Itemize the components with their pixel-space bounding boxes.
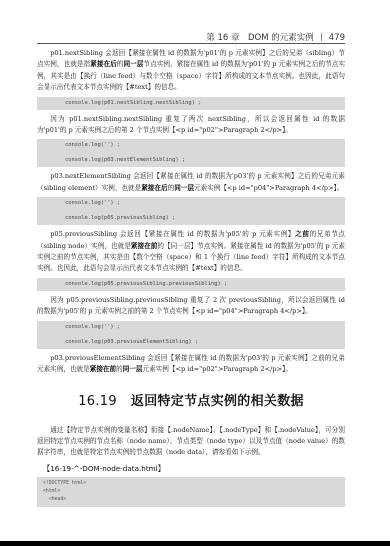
chapter-title: 第 16 章 DOM 的元素实例	[206, 33, 314, 43]
bottom-edge-bar	[0, 541, 390, 546]
emphasis: 紧接在前	[90, 365, 116, 373]
paragraph-previous-previous-sibling: 因为 p05.previousSibling.previousSibling 重…	[37, 295, 345, 318]
paragraph-previous-sibling: p05.previousSibling 会返回【紧接在属性 id 的数据为'p0…	[37, 229, 345, 275]
text: 元素实例【<p id="p04">Paragraph 4</p>】。	[194, 184, 343, 192]
code-block: console.log('') ; console.log(p05.previo…	[37, 197, 345, 225]
code-line: console.log(p03.nextElementSibling) ;	[65, 155, 345, 166]
code-block: console.log('') ; console.log(p03.nextEl…	[37, 139, 345, 167]
emphasis: 紧接在前	[131, 242, 158, 250]
code-block: console.log(p05.previousSibling.previous…	[37, 278, 345, 291]
emphasis: 同一层	[123, 365, 143, 373]
code-line: console.log(p05.previousSibling.previous…	[65, 279, 345, 290]
emphasis: 紧接在后	[141, 184, 167, 192]
code-line: <head>	[43, 496, 345, 504]
page-content: p01.nextSibling 会返回【紧接在属性 id 的数据为'p01'的 …	[37, 48, 345, 511]
emphasis: 同一层	[174, 184, 194, 192]
example-code-block: <!DOCTYPE html> <html> <head>	[37, 477, 345, 507]
code-line: console.log('') ;	[65, 140, 345, 151]
paragraph-next-next-sibling: 因为 p01.nextSibling.nextSibling 重复了两次 nex…	[37, 114, 345, 137]
example-file-title: 【16-19-^-DOM-node-data.html】	[43, 464, 345, 474]
code-block: console.log('') ; console.log(p03.previo…	[37, 321, 345, 349]
section-title-text: 返回特定节点实例的相关数据	[131, 394, 304, 409]
section-number: 16.19	[78, 394, 117, 409]
code-line: console.log(p01.nextSibling.nextSibling)…	[65, 98, 345, 109]
emphasis: 之前	[295, 230, 309, 238]
code-line: console.log('') ;	[65, 198, 345, 209]
paragraph-next-sibling: p01.nextSibling 会返回【紧接在属性 id 的数据为'p01'的 …	[37, 48, 345, 94]
paragraph-next-element-sibling: p03.nextElementSibling 会返回【紧接在属性 id 的数据为…	[37, 171, 345, 194]
paragraph-node-data-intro: 通过【特定节点实例的变量名称】衔接【.nodeName】、【.nodeType】…	[37, 425, 345, 459]
text: 的	[116, 365, 123, 373]
code-line: console.log('') ;	[65, 322, 345, 333]
code-line: <!DOCTYPE html>	[43, 480, 345, 488]
code-line: console.log(p05.previousSibling) ;	[65, 213, 345, 224]
emphasis: 紧接在后	[90, 60, 117, 68]
emphasis: 同一层	[123, 60, 143, 68]
section-heading: 16.19返回特定节点实例的相关数据	[37, 390, 345, 409]
code-block: console.log(p01.nextSibling.nextSibling)…	[37, 97, 345, 110]
paragraph-previous-element-sibling: p03.previousElementSibling 会返回【紧接在属性 id …	[37, 353, 345, 376]
text: 元素实例【<p id="p02">Paragraph 2</p>】。	[143, 365, 292, 373]
header-separator	[321, 33, 322, 41]
running-header: 第 16 章 DOM 的元素实例479	[206, 31, 345, 43]
page-number: 479	[329, 33, 345, 43]
text: p05.previousSibling 会返回【紧接在属性 id 的数据为'p0…	[50, 230, 295, 238]
header-rule	[37, 43, 345, 44]
code-line: console.log(p03.previousElementSibling) …	[65, 337, 345, 348]
code-line: <html>	[43, 488, 345, 496]
